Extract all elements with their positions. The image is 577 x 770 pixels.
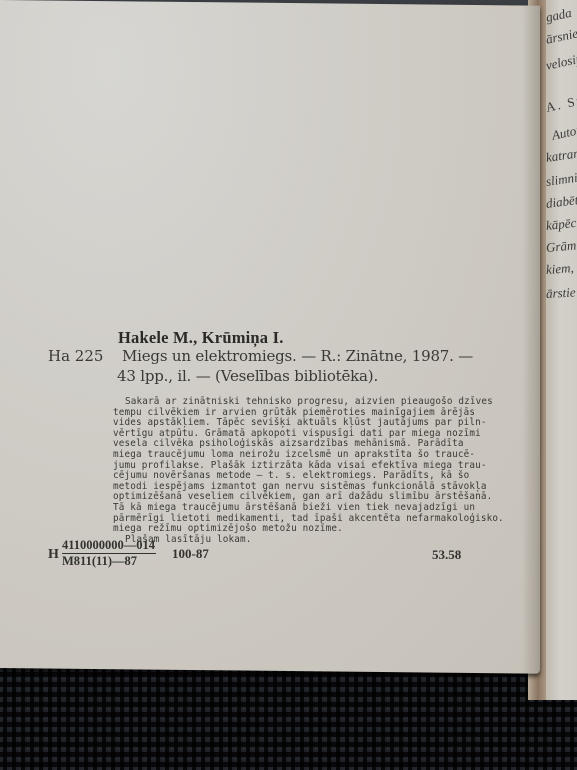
entry-title-line-2: 43 lpp., il. — (Veselības bibliotēka). xyxy=(117,367,378,385)
facing-page-fragment: Autor xyxy=(550,122,577,144)
annotation-text: Sakarā ar zinātniski tehnisko progresu, … xyxy=(113,397,521,545)
udc-number: 53.58 xyxy=(432,547,461,563)
facing-page-fragment: diabēt xyxy=(545,192,577,212)
facing-page-fragment: slimnie xyxy=(545,169,577,190)
facing-page-fragment: ārstie xyxy=(546,284,576,302)
facing-page-fragment: ārsnieka xyxy=(544,23,577,48)
annotation-line: Tā kā miega traucējumu ārstēšanā bieži v… xyxy=(113,503,521,514)
entry-title-line-1: Miegs un elektromiegs. — R.: Zinātne, 19… xyxy=(122,347,473,365)
index-fraction: 4110000000—014 M811(11)—87 xyxy=(62,538,156,569)
facing-page-fragment: A. Sti xyxy=(544,91,577,115)
index-numerator: 4110000000—014 xyxy=(62,538,156,554)
facing-page-fragment: kiem, xyxy=(545,260,574,278)
annotation-line: Sakarā ar zinātniski tehnisko progresu, … xyxy=(113,397,521,408)
index-suffix: 100-87 xyxy=(172,546,209,562)
facing-page-fragment: gada xyxy=(544,5,573,26)
index-denominator: M811(11)—87 xyxy=(62,554,156,569)
facing-page-fragment: velosipē xyxy=(544,49,577,74)
call-number: Ha 225 xyxy=(48,347,103,365)
facing-page-fragment: katram xyxy=(545,145,577,166)
index-letter: H xyxy=(48,547,59,563)
woven-fabric-background xyxy=(0,660,577,770)
annotation-line: miega traucējumu loma neirožu izcelsmē u… xyxy=(113,450,521,461)
publication-index-code: H 4110000000—014 M811(11)—87 100-87 53.5… xyxy=(48,538,528,572)
facing-page-fragment: kāpēc xyxy=(545,215,577,234)
facing-page-fragment: Grām xyxy=(545,237,577,256)
entry-authors: Hakele M., Krūmiņa I. xyxy=(118,328,284,348)
facing-page: gada ārsnieka velosipē A. Sti Autor katr… xyxy=(544,0,577,700)
